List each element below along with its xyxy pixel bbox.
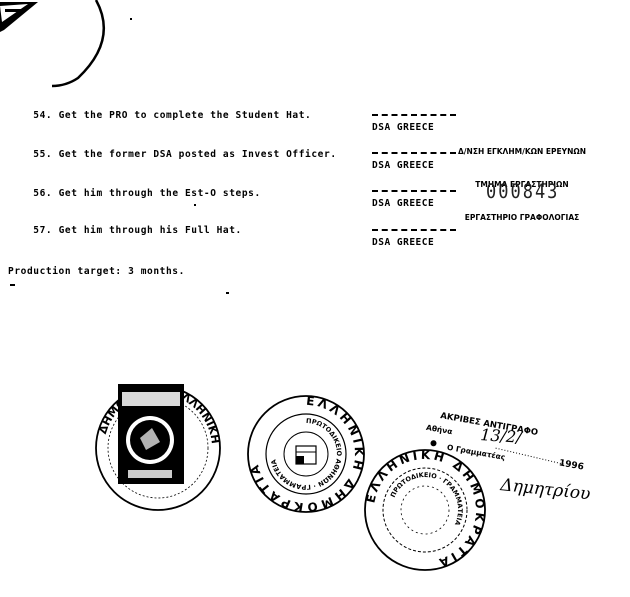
speck — [10, 284, 15, 286]
item-57: 57. Get him through his Full Hat. — [8, 214, 242, 247]
signature-label: DSA GREECE — [372, 160, 456, 171]
item-text: Get him through his Full Hat. — [59, 225, 242, 236]
lab-stamp-line: Δ/ΝΣΗ ΕΓΚΛΗΜ/ΚΩΝ ΕΡΕΥΝΩΝ — [458, 146, 586, 157]
left-seal: ΔΗΜΟΚΡΑΤΙΑ ΕΛΛΗΝΙΚΗ — [96, 384, 222, 510]
serial-number: 000843 — [486, 181, 559, 204]
signature-block-1: DSA GREECE — [372, 114, 456, 133]
item-number: 54. — [33, 110, 52, 121]
signature-label: DSA GREECE — [372, 122, 456, 133]
signature-block-2: DSA GREECE — [372, 152, 456, 171]
signature-label: DSA GREECE — [372, 198, 456, 209]
svg-text:ΕΛΛΗΝΙΚΗ ΔΗΜΟΚΡΑΤΙΑ: ΕΛΛΗΝΙΚΗ ΔΗΜΟΚΡΑΤΙΑ — [247, 394, 367, 515]
speck — [194, 204, 196, 206]
item-text: Get the PRO to complete the Student Hat. — [59, 110, 312, 121]
speck — [130, 18, 132, 20]
lab-stamp-line: ΕΡΓΑΣΤΗΡΙΟ ΓΡΑΦΟΛΟΓΙΑΣ — [458, 212, 586, 223]
item-number: 55. — [33, 149, 52, 160]
item-54: 54. Get the PRO to complete the Student … — [8, 99, 311, 132]
item-number: 57. — [33, 225, 52, 236]
signature-block-4: DSA GREECE — [372, 229, 456, 248]
partial-seal-arc — [52, 0, 104, 86]
signature-label: DSA GREECE — [372, 237, 456, 248]
handwritten-date: 13/2/ — [480, 425, 524, 447]
handwritten-signature: Δημητρίου — [498, 475, 591, 504]
svg-text:ΠΡΩΤΟΔΙΚΕΙΟ ΑΘΗΝΩΝ · ΓΡΑΜΜΑΤΕΙ: ΠΡΩΤΟΔΙΚΕΙΟ ΑΘΗΝΩΝ · ΓΡΑΜΜΑΤΕΙΑ — [269, 417, 343, 491]
document-page: ΔΗΜΟΚΡΑΤΙΑ ΕΛΛΗΝΙΚΗ ΕΛΛΗΝΙΚΗ ΔΗΜΟΚΡΑΤΙΑ … — [0, 0, 630, 597]
speck — [226, 292, 229, 294]
middle-seal: ΕΛΛΗΝΙΚΗ ΔΗΜΟΚΡΑΤΙΑ ΠΡΩΤΟΔΙΚΕΙΟ ΑΘΗΝΩΝ ·… — [247, 394, 367, 515]
item-text: Get him through the Est-O steps. — [59, 188, 261, 199]
item-55: 55. Get the former DSA posted as Invest … — [8, 138, 337, 171]
signature-line — [372, 229, 456, 231]
production-target: Production target: 3 months. — [8, 266, 185, 277]
signature-line — [372, 114, 456, 116]
item-number: 56. — [33, 188, 52, 199]
item-56: 56. Get him through the Est-O steps. — [8, 177, 261, 210]
item-text: Get the former DSA posted as Invest Offi… — [59, 149, 337, 160]
svg-text:Αθήνα: Αθήνα — [425, 423, 453, 436]
signature-line — [372, 190, 456, 192]
right-seal: ΕΛΛΗΝΙΚΗ ΔΗΜΟΚΡΑΤΙΑ ΠΡΩΤΟΔΙΚΕΙΟ · ΓΡΑΜΜΑ… — [363, 448, 487, 571]
svg-text:1996: 1996 — [558, 458, 584, 472]
seal-graphics: ΔΗΜΟΚΡΑΤΙΑ ΕΛΛΗΝΙΚΗ ΕΛΛΗΝΙΚΗ ΔΗΜΟΚΡΑΤΙΑ … — [0, 0, 630, 597]
signature-line — [372, 152, 456, 154]
svg-text:ΠΡΩΤΟΔΙΚΕΙΟ · ΓΡΑΜΜΑΤΕΙΑ: ΠΡΩΤΟΔΙΚΕΙΟ · ΓΡΑΜΜΑΤΕΙΑ — [389, 471, 464, 527]
signature-block-3: DSA GREECE — [372, 190, 456, 209]
